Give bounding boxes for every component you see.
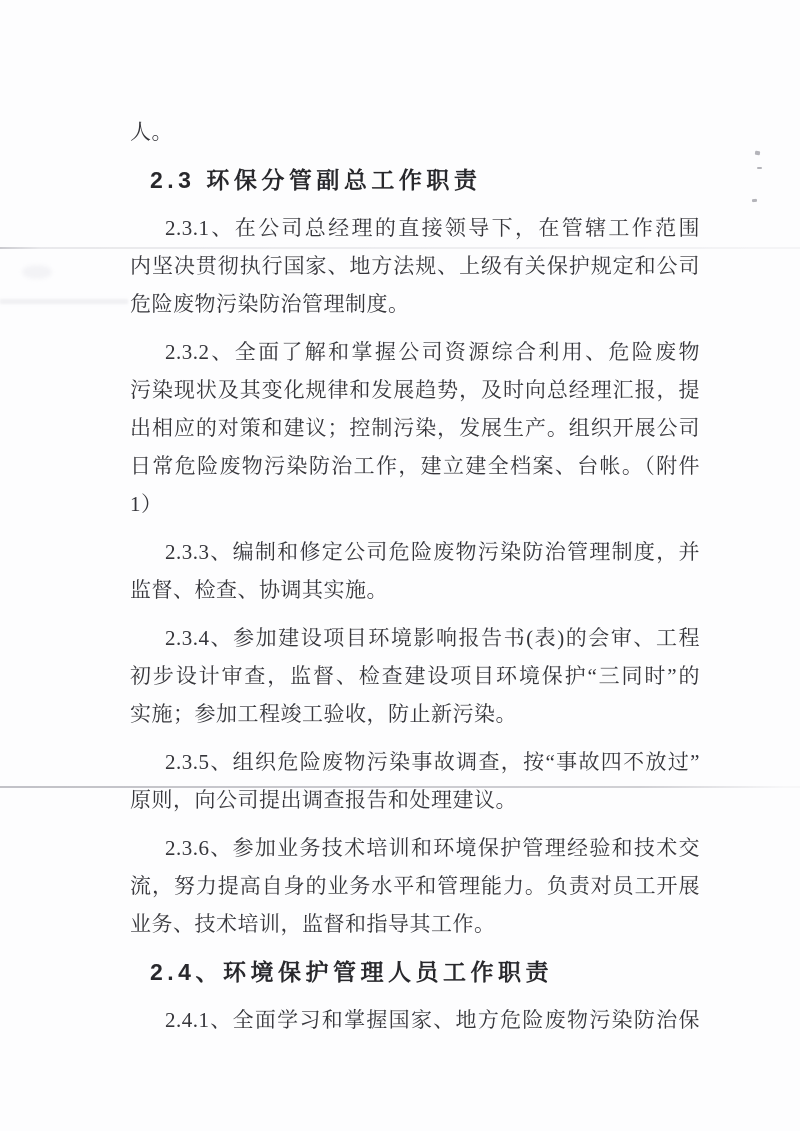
text-line: 2.4.1、全面学习和掌握国家、地方危险废物污染防治保 <box>130 1001 700 1039</box>
document-text-block: 人。2.3 环保分管副总工作职责2.3.1、在公司总经理的直接领导下，在管辖工作… <box>130 113 700 1039</box>
text-line: 2.3.3、编制和修定公司危险废物污染防治管理制度，并 <box>130 533 700 571</box>
text-line: 业务、技术培训，监督和指导其工作。 <box>130 905 700 943</box>
text-line: 流，努力提高自身的业务水平和管理能力。负责对员工开展 <box>130 867 700 905</box>
text-line: 日常危险废物污染防治工作，建立建全档案、台帐。（附件 <box>130 447 700 485</box>
text-line: 2.3.1、在公司总经理的直接领导下，在管辖工作范围 <box>130 209 700 247</box>
text-line: 2.3.2、全面了解和掌握公司资源综合利用、危险废物 <box>130 333 700 371</box>
text-line: 出相应的对策和建议；控制污染，发展生产。组织开展公司 <box>130 409 700 447</box>
text-line: 实施；参加工程竣工验收，防止新污染。 <box>130 695 700 733</box>
section-heading: 2.4、环境保护管理人员工作职责 <box>130 953 700 991</box>
paragraph: 2.3.5、组织危险废物污染事故调查，按“事故四不放过”原则，向公司提出调查报告… <box>130 743 700 819</box>
text-line: 2.3 环保分管副总工作职责 <box>130 161 700 199</box>
text-line: 2.4、环境保护管理人员工作职责 <box>130 953 700 991</box>
section-heading: 2.3 环保分管副总工作职责 <box>130 161 700 199</box>
paragraph: 人。 <box>130 113 700 151</box>
scan-speckle <box>755 151 761 156</box>
text-line: 危险废物污染防治管理制度。 <box>130 285 700 323</box>
paragraph: 2.3.3、编制和修定公司危险废物污染防治管理制度，并监督、检查、协调其实施。 <box>130 533 700 609</box>
paragraph: 2.3.2、全面了解和掌握公司资源综合利用、危险废物污染现状及其变化规律和发展趋… <box>130 333 700 523</box>
scan-speckle <box>757 167 762 169</box>
text-line: 污染现状及其变化规律和发展趋势，及时向总经理汇报，提 <box>130 371 700 409</box>
paragraph: 2.3.4、参加建设项目环境影响报告书(表)的会审、工程初步设计审查，监督、检查… <box>130 619 700 733</box>
text-line: 人。 <box>130 113 700 151</box>
document-page: 人。2.3 环保分管副总工作职责2.3.1、在公司总经理的直接领导下，在管辖工作… <box>0 0 800 1131</box>
scan-speckle <box>752 199 757 203</box>
paragraph: 2.4.1、全面学习和掌握国家、地方危险废物污染防治保 <box>130 1001 700 1039</box>
text-line: 初步设计审查，监督、检查建设项目环境保护“三同时”的 <box>130 657 700 695</box>
text-line: 原则，向公司提出调查报告和处理建议。 <box>130 781 700 819</box>
text-line: 内坚决贯彻执行国家、地方法规、上级有关保护规定和公司 <box>130 247 700 285</box>
paragraph: 2.3.1、在公司总经理的直接领导下，在管辖工作范围内坚决贯彻执行国家、地方法规… <box>130 209 700 323</box>
text-line: 2.3.6、参加业务技术培训和环境保护管理经验和技术交 <box>130 829 700 867</box>
text-line: 2.3.4、参加建设项目环境影响报告书(表)的会审、工程 <box>130 619 700 657</box>
paragraph: 2.3.6、参加业务技术培训和环境保护管理经验和技术交流，努力提高自身的业务水平… <box>130 829 700 943</box>
text-line: 1） <box>130 485 700 523</box>
text-line: 监督、检查、协调其实施。 <box>130 571 700 609</box>
scan-margin-smudge <box>22 265 52 279</box>
text-line: 2.3.5、组织危险废物污染事故调查，按“事故四不放过” <box>130 743 700 781</box>
scan-margin-band <box>0 299 128 304</box>
